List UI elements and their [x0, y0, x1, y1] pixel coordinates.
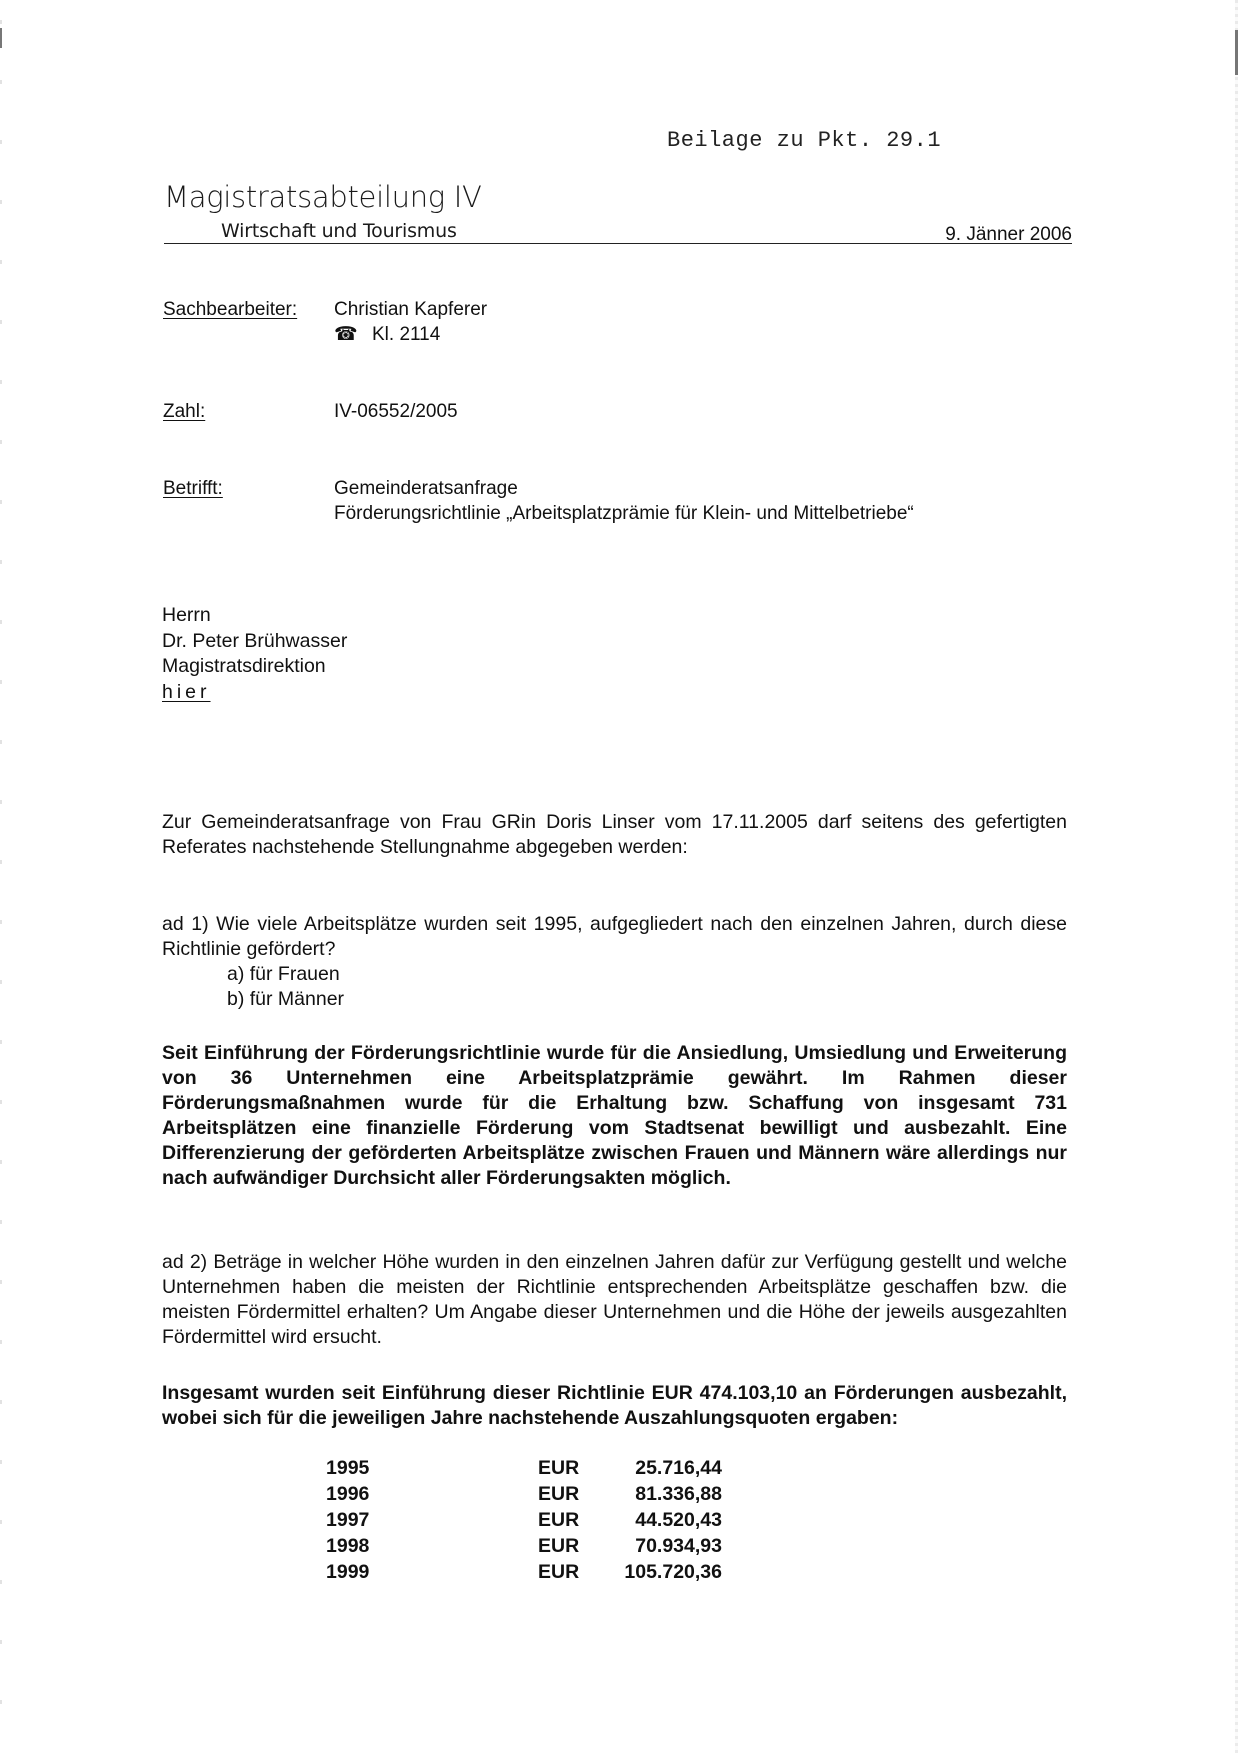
question-1-item-b: b) für Männer: [227, 987, 344, 1012]
question-1: ad 1) Wie viele Arbeitsplätze wurden sei…: [162, 912, 1067, 962]
payout-amount: 25.716,44: [610, 1455, 722, 1481]
clerk-label: Sachbearbeiter:: [163, 299, 297, 321]
department-subtitle: Wirtschaft und Tourismus: [221, 220, 457, 242]
header-rule: [164, 243, 1072, 244]
scan-edge-left: [0, 0, 2, 1753]
document-date: 9. Jänner 2006: [945, 224, 1072, 246]
payout-currency: EUR: [538, 1455, 610, 1481]
payout-row: 1995EUR25.716,44: [326, 1455, 722, 1481]
subject-line-2: Förderungsrichtlinie „Arbeitsplatzprämie…: [334, 503, 914, 525]
payout-amount: 70.934,93: [610, 1533, 722, 1559]
question-1-items: a) für Frauen b) für Männer: [227, 962, 344, 1012]
recipient-salutation: Herrn: [162, 603, 347, 629]
payout-year: 1995: [326, 1455, 538, 1481]
payout-table: 1995EUR25.716,441996EUR81.336,881997EUR4…: [326, 1455, 722, 1585]
answer-2: Insgesamt wurden seit Einführung dieser …: [162, 1381, 1067, 1431]
phone-extension: Kl. 2114: [372, 324, 440, 345]
recipient-name: Dr. Peter Brühwasser: [162, 629, 347, 655]
recipient-office: Magistratsdirektion: [162, 654, 347, 680]
department-name: Magistratsabteilung IV: [164, 180, 482, 214]
attachment-note: Beilage zu Pkt. 29.1: [667, 128, 941, 153]
subject-label: Betrifft:: [163, 478, 223, 500]
payout-amount: 105.720,36: [610, 1559, 722, 1585]
payout-year: 1998: [326, 1533, 538, 1559]
payout-row: 1997EUR44.520,43: [326, 1507, 722, 1533]
payout-currency: EUR: [538, 1481, 610, 1507]
number-value: IV-06552/2005: [334, 401, 458, 423]
payout-row: 1996EUR81.336,88: [326, 1481, 722, 1507]
document-page: Beilage zu Pkt. 29.1 Magistratsabteilung…: [0, 0, 1240, 1753]
number-label: Zahl:: [163, 401, 205, 423]
answer-1: Seit Einführung der Förderungsrichtlinie…: [162, 1041, 1067, 1191]
payout-amount: 44.520,43: [610, 1507, 722, 1533]
payout-amount: 81.336,88: [610, 1481, 722, 1507]
payout-year: 1996: [326, 1481, 538, 1507]
payout-currency: EUR: [538, 1507, 610, 1533]
subject-line-1: Gemeinderatsanfrage: [334, 478, 518, 500]
payout-year: 1999: [326, 1559, 538, 1585]
clerk-name: Christian Kapferer: [334, 299, 487, 321]
recipient-address: Herrn Dr. Peter Brühwasser Magistratsdir…: [162, 603, 347, 705]
recipient-location: hier: [162, 681, 211, 703]
payout-row: 1998EUR70.934,93: [326, 1533, 722, 1559]
question-2: ad 2) Beträge in welcher Höhe wurden in …: [162, 1250, 1067, 1350]
question-1-item-a: a) für Frauen: [227, 962, 344, 987]
payout-currency: EUR: [538, 1533, 610, 1559]
scan-edge-right: [1235, 0, 1238, 1753]
payout-row: 1999EUR105.720,36: [326, 1559, 722, 1585]
payout-currency: EUR: [538, 1559, 610, 1585]
payout-year: 1997: [326, 1507, 538, 1533]
phone-line: ☎Kl. 2114: [334, 323, 440, 346]
telephone-icon: ☎: [334, 323, 354, 346]
intro-paragraph: Zur Gemeinderatsanfrage von Frau GRin Do…: [162, 810, 1067, 860]
